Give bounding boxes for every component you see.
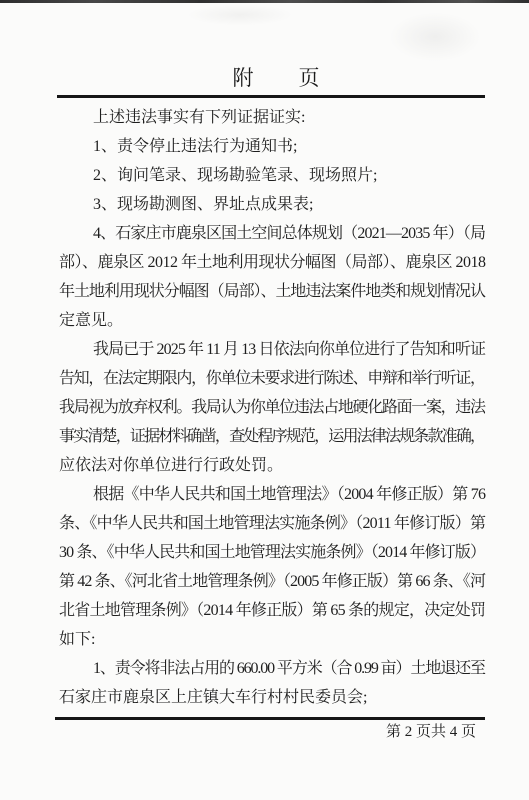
body-line: 定意见。 — [59, 306, 486, 335]
body-line: 条、《中华人民共和国土地管理法实施条例》（2011 年修订版）第 — [59, 509, 486, 538]
body-line: 年土地利用现状分幅图（局部）、土地违法案件地类和规划情况认 — [59, 277, 486, 306]
body-line: 30 条、《中华人民共和国土地管理法实施条例》（2014 年修订版） — [59, 538, 486, 567]
body-line: 石家庄市鹿泉区上庄镇大车行村村民委员会; — [59, 683, 486, 712]
body-line: 4、石家庄市鹿泉区国土空间总体规划（2021—2035 年）（局 — [59, 219, 486, 248]
body-line: 事实清楚，证据材料确凿，查处程序规范，运用法律法规条款准确， — [59, 422, 486, 451]
page-number: 第 2 页共 4 页 — [386, 721, 476, 743]
scanned-document-page: 附 页 上述违法事实有下列证据证实:1、责令停止违法行为通知书;2、询问笔录、现… — [0, 0, 529, 800]
body-line: 第 42 条、《河北省土地管理条例》（2005 年修正版）第 66 条、《河 — [59, 567, 486, 596]
body-line: 我局已于 2025 年 11 月 13 日依法向你单位进行了告知和听证 — [59, 335, 486, 364]
document-body: 上述违法事实有下列证据证实:1、责令停止违法行为通知书;2、询问笔录、现场勘验笔… — [59, 103, 486, 712]
body-line: 我局视为放弃权利。我局认为你单位违法占地硬化路面一案，违法 — [59, 393, 486, 422]
body-line: 上述违法事实有下列证据证实: — [59, 103, 486, 132]
body-line: 部）、鹿泉区 2012 年土地利用现状分幅图（局部）、鹿泉区 2018 — [59, 248, 486, 277]
header-rule — [57, 95, 485, 98]
body-line: 根据《中华人民共和国土地管理法》（2004 年修正版）第 76 — [59, 480, 486, 509]
body-line: 1、责令将非法占用的 660.00 平方米（合 0.99 亩）土地退还至 — [59, 654, 486, 683]
page-title: 附 页 — [0, 62, 529, 94]
body-line: 2、询问笔录、现场勘验笔录、现场照片; — [59, 161, 486, 190]
body-line: 1、责令停止违法行为通知书; — [59, 132, 486, 161]
body-line: 北省土地管理条例》（2014 年修正版）第 65 条的规定，决定处罚 — [59, 596, 486, 625]
body-line: 如下: — [59, 625, 486, 654]
scan-smudge — [165, 0, 315, 30]
scan-top-edge-artifact — [0, 0, 529, 3]
body-line: 应依法对你单位进行行政处罚。 — [59, 451, 486, 480]
footer-rule — [55, 717, 485, 720]
body-line: 告知，在法定期限内，你单位未要求进行陈述、申辩和举行听证， — [59, 364, 486, 393]
body-line: 3、现场勘测图、界址点成果表; — [59, 190, 486, 219]
